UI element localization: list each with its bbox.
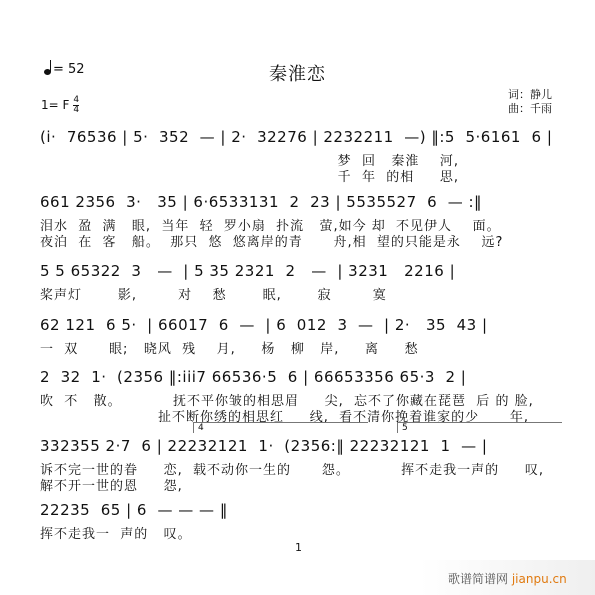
notation-line: 22235 65 | 6 — — — ‖ (40, 501, 228, 519)
composer: 曲：千雨 (508, 102, 552, 116)
lyrics-verse-1: 一 双 眼; 晓风 残 月, 杨 柳 岸, 离 愁 (40, 338, 419, 357)
volta-bracket-1: 4 (193, 422, 368, 433)
lyricist: 词：静儿 (508, 88, 552, 102)
song-title: 秦淮恋 (0, 60, 595, 86)
notation-line: 661 2356 3· 35 | 6·6533131 2 23 | 553552… (40, 193, 482, 211)
key-value: 1= F (41, 98, 69, 112)
lyrics-verse-1: 桨声灯 影, 对 愁 眠, 寂 寞 (40, 284, 387, 303)
volta-number: 4 (198, 423, 204, 433)
lyrics-verse-2: 解不开一世的恩 怨, (40, 475, 183, 494)
lyrics-verse-2: 夜泊 在 客 船。 那只 悠 悠离岸的青 舟,相 望的只能是永 远? (40, 231, 503, 250)
time-signature: 44 (73, 96, 79, 115)
page-number: 1 (295, 541, 302, 554)
notation-line: 332355 2·7 6 | 22232121 1· (2356:‖ 22232… (40, 437, 487, 455)
notation-line: 62 121 6 5· | 66017 6 — | 6 012 3 — | 2·… (40, 316, 488, 334)
lyrics-verse-2: 千 年 的相 思, (40, 166, 459, 185)
watermark-site: jianpu.cn (512, 572, 567, 586)
notation-line: (i· 76536 | 5· 352 — | 2· 32276 | 223221… (40, 128, 552, 146)
volta-bracket-2: 5 (397, 422, 562, 433)
notation-line: 2 32 1· (2356 ‖:iii7 66536·5 6 | 6665335… (40, 368, 466, 386)
lyrics-verse-1: 挥不走我一 声的 叹。 (40, 523, 192, 542)
volta-number: 5 (402, 423, 408, 433)
notation-line: 5 5 65322 3 — | 5 35 2321 2 — | 3231 221… (40, 262, 455, 280)
watermark-text: 歌谱简谱网 (448, 572, 508, 586)
credits: 词：静儿曲：千雨 (508, 88, 552, 116)
key-signature: 1= F44 (41, 96, 79, 115)
time-signature-bottom: 4 (73, 106, 79, 115)
watermark: 歌谱简谱网 jianpu.cn (420, 560, 595, 595)
